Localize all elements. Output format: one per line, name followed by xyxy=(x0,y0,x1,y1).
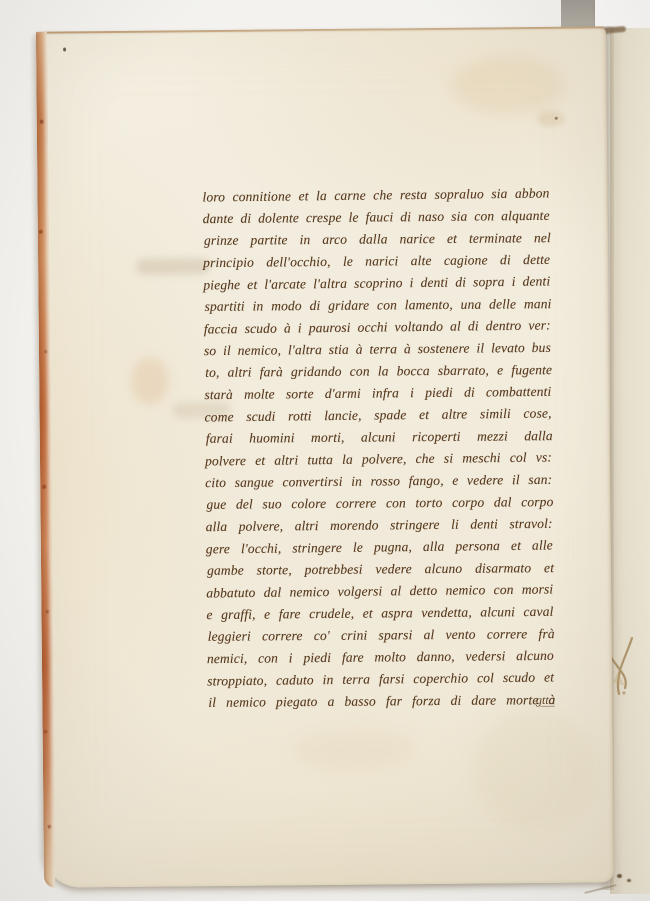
manuscript-line: grinze partite in arco dalla narice et t… xyxy=(204,227,551,252)
ghost-mark xyxy=(131,356,169,404)
paper-speck xyxy=(627,879,631,882)
manuscript-line: polvere et altri tutta la polvere, che s… xyxy=(205,446,552,472)
catchword: gtto xyxy=(520,693,570,708)
manuscript-line: abbatuto dal nemico volgersi al detto ne… xyxy=(206,578,553,604)
ink-speck xyxy=(63,47,66,51)
book-fore-edge xyxy=(36,32,55,888)
paper-stain xyxy=(537,111,565,127)
manuscript-line: to, altri farà gridando con la bocca sba… xyxy=(205,359,552,384)
manuscript-line: faccia scudo à i paurosi occhi voltando … xyxy=(204,314,551,340)
manuscript-line: so il nemico, l'altra stia à terra à sos… xyxy=(204,337,551,362)
paper-stain xyxy=(472,706,598,832)
manuscript-line: cito sangue convertirsi in rosso fango, … xyxy=(205,469,552,494)
manuscript-line: leggieri correre co' crini sparsi al ven… xyxy=(208,623,555,648)
facing-page-sliver xyxy=(610,28,650,894)
ghost-mark xyxy=(136,258,210,275)
manuscript-line: loro connitione et la carne che resta so… xyxy=(202,182,549,208)
paper-speck xyxy=(617,874,622,878)
manuscript-page: loro connitione et la carne che resta so… xyxy=(36,26,614,887)
manuscript-line: e graffi, e fare crudele, et aspra vende… xyxy=(206,601,553,626)
manuscript-line: gue del suo colore correre con torto cor… xyxy=(206,491,553,516)
manuscript-line: dante di dolente crespe le fauci di naso… xyxy=(203,205,550,230)
text-block: loro connitione et la carne che resta so… xyxy=(202,183,554,714)
manuscript-line: il nemico piegato a basso far forza di d… xyxy=(208,689,555,714)
ink-speck xyxy=(555,117,558,120)
paper-stain xyxy=(451,55,567,116)
photo-background: loro connitione et la carne che resta so… xyxy=(0,0,650,901)
paper-stain xyxy=(293,728,418,771)
